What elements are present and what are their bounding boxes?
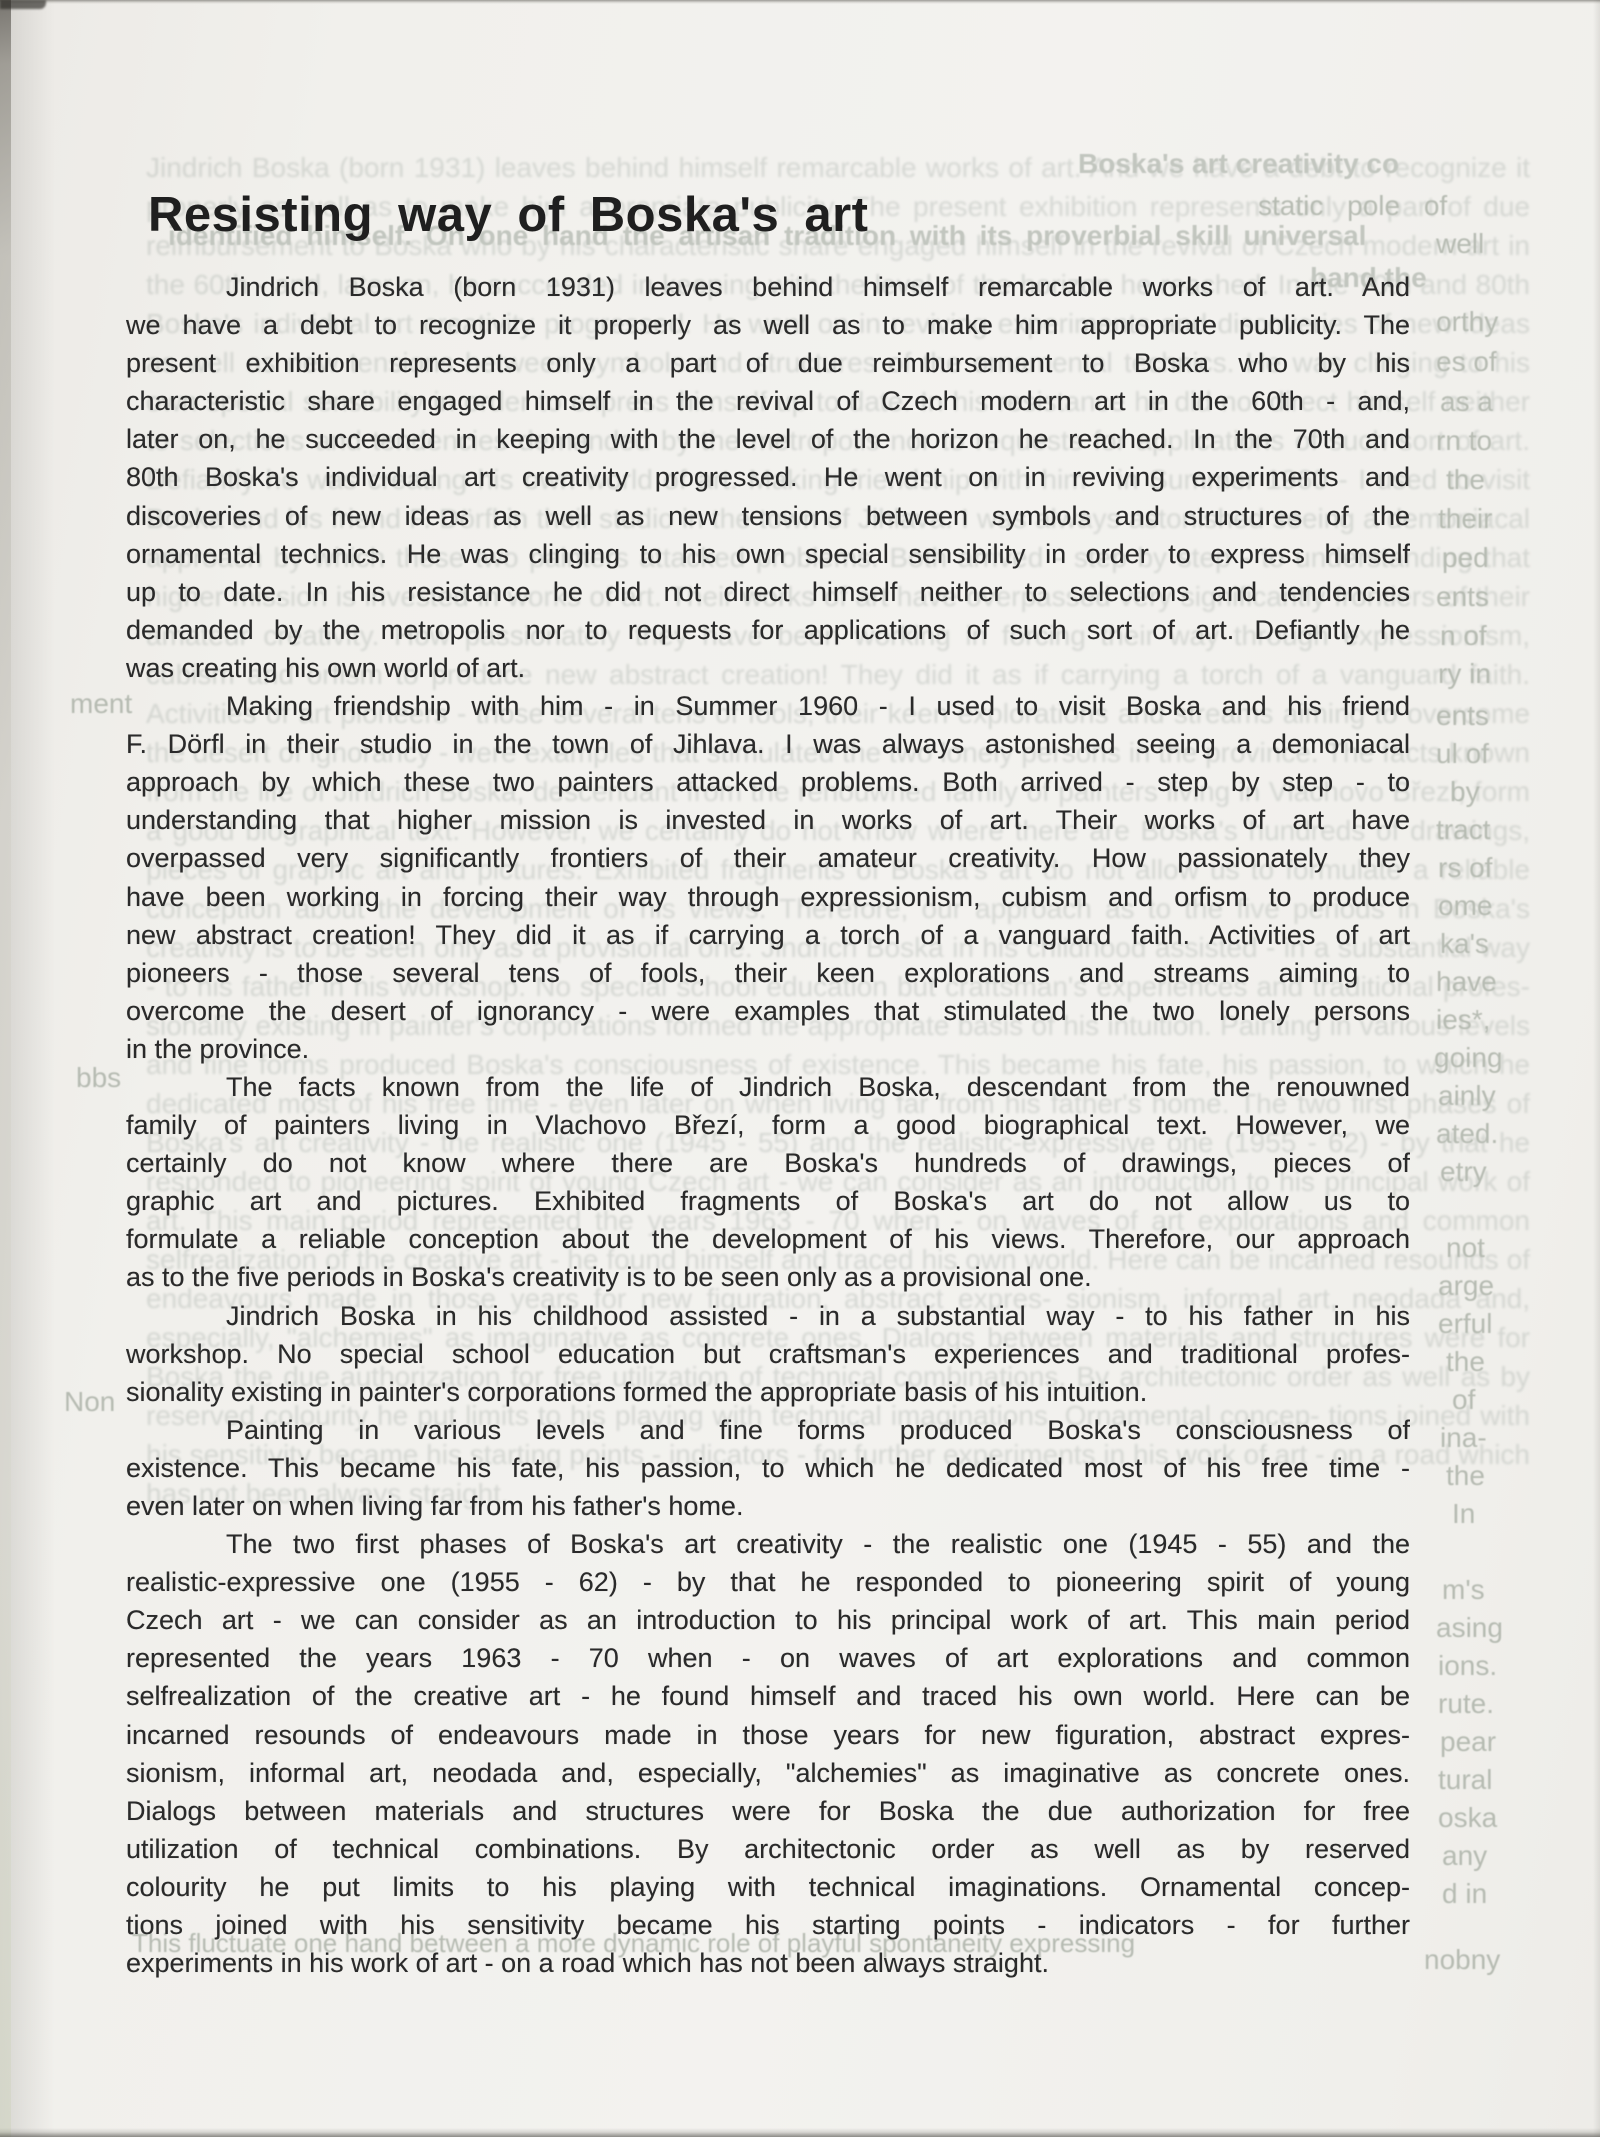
text-line: selfrealization of the creative art - he… [126,1677,1410,1715]
text-line: colourity he put limits to his playing w… [126,1868,1410,1906]
bleedthrough-fragment: erful [1438,1308,1492,1340]
bleedthrough-fragment: by [1450,776,1480,808]
text-line: graphic art and pictures. Exhibited frag… [126,1182,1410,1220]
text-line: we have a debt to recognize it properly … [126,306,1410,344]
text-line: utilization of technical combinations. B… [126,1830,1410,1868]
text-line: represented the years 1963 - 70 when - o… [126,1639,1410,1677]
text-line: Making friendship with him - in Summer 1… [126,687,1410,725]
bleedthrough-fragment: the [1446,1460,1485,1492]
bleedthrough-fragment: ions. [1438,1650,1497,1682]
text-line: present exhibition represents only a par… [126,344,1410,382]
bleedthrough-fragment: ome [1438,890,1492,922]
bleedthrough-fragment: In [1452,1498,1475,1530]
scan-corner-top-left [0,0,46,9]
bleedthrough-fragment: oska [1438,1802,1497,1834]
text-line: The two first phases of Boska's art crea… [126,1525,1410,1563]
bleedthrough-fragment: ents [1436,581,1489,613]
text-line: tions joined with his sensitivity became… [126,1906,1410,1944]
text-line: overpassed very significantly frontiers … [126,839,1410,877]
bleedthrough-fragment: any [1442,1840,1487,1872]
text-line: realistic-expressive one (1955 - 62) - b… [126,1563,1410,1601]
text-line: discoveries of new ideas as well as new … [126,497,1410,535]
bleedthrough-fragment: nobny [1424,1944,1500,1976]
text-line: Painting in various levels and fine form… [126,1411,1410,1449]
text-line: 80th Boska's individual art creativity p… [126,458,1410,496]
bleedthrough-fragment: ated. [1436,1118,1498,1150]
bleedthrough-fragment: tract [1436,814,1490,846]
bleedthrough-fragment: tural [1438,1764,1492,1796]
text-line: family of painters living in Vlachovo Bř… [126,1106,1410,1144]
text-line: existence. This became his fate, his pas… [126,1449,1410,1487]
page-content: Resisting way of Boska's art Jindrich Bo… [126,190,1410,1982]
text-block: Jindrich Boska (born 1931) leaves behind… [126,268,1410,1982]
text-line: later on, he succeeded in keeping with t… [126,420,1410,458]
bleedthrough-fragment: ka's [1440,928,1489,960]
text-line: Jindrich Boska in his childhood assisted… [126,1297,1410,1335]
text-line: was creating his own world of art. [126,649,1410,687]
bleedthrough-fragment: their [1438,503,1492,535]
scan-edge-left [0,0,11,2137]
page-title: Resisting way of Boska's art [148,190,1410,240]
text-line: formulate a reliable conception about th… [126,1220,1410,1258]
bleedthrough-fragment: n of [1440,620,1487,652]
text-line: have been working in forcing their way t… [126,878,1410,916]
text-line: sionism, informal art, neodada and, espe… [126,1754,1410,1792]
bleedthrough-fragment: the [1446,464,1485,496]
text-line: incarned resounds of endeavours made in … [126,1716,1410,1754]
text-line: ornamental technics. He was clinging to … [126,535,1410,573]
scan-edge-right [1593,0,1600,2137]
text-line: workshop. No special school education bu… [126,1335,1410,1373]
text-line: Czech art - we can consider as an introd… [126,1601,1410,1639]
text-line: approach by which these two painters att… [126,763,1410,801]
bleedthrough-fragment: pear [1440,1726,1496,1758]
text-line: pioneers - those several tens of fools, … [126,954,1410,992]
bleedthrough-fragment: etry [1440,1156,1487,1188]
text-line: new abstract creation! They did it as if… [126,916,1410,954]
bleedthrough-fragment: Boska's art creativity co [1078,148,1399,180]
text-line: sionality existing in painter's corporat… [126,1373,1410,1411]
bleedthrough-fragment: rute. [1438,1688,1494,1720]
bleedthrough-fragment: Non [64,1386,115,1418]
bleedthrough-fragment: es of [1436,346,1497,378]
bleedthrough-fragment: not [1446,1232,1485,1264]
text-line: up to date. In his resistance he did not… [126,573,1410,611]
bleedthrough-fragment: ment [70,688,132,720]
bleedthrough-fragment: well [1436,228,1484,260]
bleedthrough-fragment: orthy [1436,306,1498,338]
bleedthrough-fragment: ents [1436,700,1489,732]
bleedthrough-fragment: as a [1440,386,1493,418]
bleedthrough-fragment: ped [1442,542,1489,574]
bleedthrough-fragment: of [1452,1384,1475,1416]
bleedthrough-fragment: m's [1442,1574,1485,1606]
text-line: The facts known from the life of Jindric… [126,1068,1410,1106]
text-line: Jindrich Boska (born 1931) leaves behind… [126,268,1410,306]
bleedthrough-fragment: have [1436,966,1497,998]
text-line: Dialogs between materials and structures… [126,1792,1410,1830]
scanned-page: { "page": { "title": "Resisting way of B… [0,0,1600,2137]
text-line: understanding that higher mission is inv… [126,801,1410,839]
text-line: demanded by the metropolis nor to reques… [126,611,1410,649]
text-line: F. Dörfl in their studio in the town of … [126,725,1410,763]
scan-edge-bottom [0,2128,1600,2137]
bleedthrough-fragment: asing [1436,1612,1503,1644]
bleedthrough-fragment: d in [1442,1878,1487,1910]
bleedthrough-fragment: ina- [1440,1422,1487,1454]
scan-edge-top [0,0,1600,4]
text-line: characteristic share engaged himself in … [126,382,1410,420]
text-line: even later on when living far from his f… [126,1487,1410,1525]
bleedthrough-fragment: bbs [76,1062,121,1094]
bleedthrough-fragment: ainly [1438,1080,1496,1112]
text-line: as to the five periods in Boska's creati… [126,1258,1410,1296]
bleedthrough-fragment: rn to [1436,425,1492,457]
bleedthrough-fragment: ry in [1438,658,1491,690]
text-line: in the province. [126,1030,1410,1068]
bleedthrough-fragment: ul of [1436,738,1489,770]
bleedthrough-fragment: arge [1438,1270,1494,1302]
bleedthrough-fragment: going [1434,1042,1503,1074]
text-line: experiments in his work of art - on a ro… [126,1944,1410,1982]
text-line: certainly do not know where there are Bo… [126,1144,1410,1182]
text-line: overcome the desert of ignorancy - were … [126,992,1410,1030]
bleedthrough-fragment: rs of [1438,852,1492,884]
bleedthrough-fragment: ies*, [1436,1004,1490,1036]
bleedthrough-fragment: the [1446,1346,1485,1378]
